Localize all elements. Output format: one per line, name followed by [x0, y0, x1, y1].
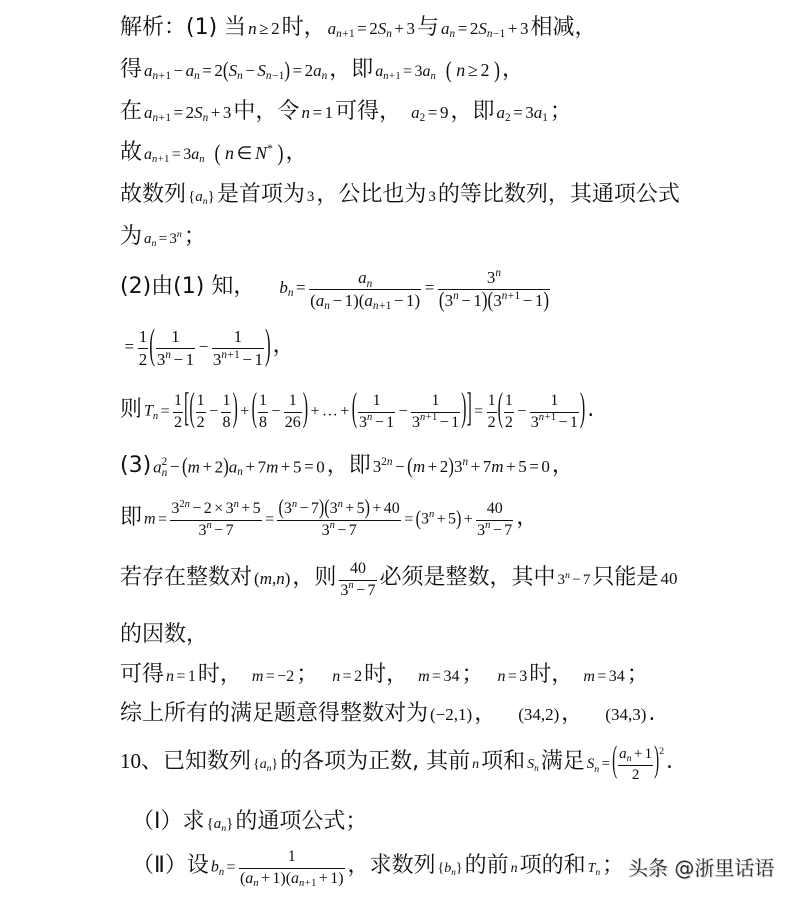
math-bn-definition: bn=1(an+1)(an+1+1) [209, 848, 348, 888]
math-equation: 32n−(m+2)3n+7m+5=0 [371, 457, 552, 477]
solution-line-12: 若存在整数对 (m,n) ，则 403n−7 必须是整数，其中 3n−7 只能是… [120, 548, 679, 612]
fraction: 32n−2×3n+53n−7 [170, 500, 261, 540]
fraction: 3n(3n−1)(3n+1−1) [438, 268, 550, 310]
problem-10-part-2: （Ⅱ）设 bn=1(an+1)(an+1+1) ，求数列 {bn} 的前 n 项… [132, 836, 624, 897]
text-segment: ， [273, 333, 295, 359]
solution-line-13: 的因数， [120, 615, 208, 655]
math-case-n: n=3 [495, 667, 529, 686]
text-segment: 在 [120, 99, 142, 125]
text-segment: ， [516, 505, 538, 531]
text-segment: 则 [120, 397, 142, 423]
text-segment: 的因数， [120, 622, 208, 648]
text-segment: 与 [417, 15, 439, 41]
math-sequence: {bn} [436, 861, 465, 878]
text-segment: 可得 [120, 662, 164, 688]
math-recurrence: an=2Sn−1+3 [439, 19, 530, 39]
fraction: an+12 [618, 746, 653, 784]
text-segment: 满足 [541, 749, 585, 775]
math-case-m: m=34 [581, 667, 626, 686]
fraction: 13n−1 [358, 392, 395, 432]
math-integer-pair: (34,3) [603, 705, 648, 725]
text-segment: 得 [120, 57, 142, 83]
solution-line-15: 综上所有的满足题意得整数对为 (−2,1) ， (34,2) ， (34,3) … [120, 694, 655, 734]
math-case-n: n=1 [164, 667, 198, 686]
fraction: 126 [284, 392, 302, 432]
solution-line-3: 在 an+1=2Sn+3 中，令 n=1 可得， a2=9 ，即 a2=3a1 … [120, 92, 572, 132]
math-general-term: an=3n [142, 230, 184, 248]
math-expression: 3n−7 [556, 571, 593, 589]
problem-number: 10 [120, 749, 141, 774]
math-value: 3 [305, 188, 317, 206]
solution-line-10: (3) a2n−(m+2)an+7m+5=0 ，即 32n−(m+2)3n+7m… [120, 446, 574, 486]
text-segment: 中，令 [233, 99, 299, 125]
text-segment: 是首项为 [217, 182, 305, 208]
fraction: an(an−1)(an+1−1) [309, 268, 421, 310]
text-segment: ，则 [292, 565, 336, 591]
math-m-formula: m=32n−2×3n+53n−7=(3n−7)(3n+5)+403n−7=(3n… [142, 500, 516, 540]
text-segment: ， [502, 57, 524, 83]
text-segment: ； [184, 224, 206, 250]
math-value: a2=3a1 [494, 103, 549, 123]
text-segment: ，即 [329, 57, 373, 83]
solution-line-7: (2)由(1) 知， bn=an(an−1)(an+1−1)=3n(3n−1)(… [120, 257, 553, 321]
fraction: 13n+1−1 [530, 392, 579, 432]
fraction: 18 [258, 392, 268, 432]
fraction: 1(an+1)(an+1+1) [239, 848, 345, 888]
text-segment: 的等比数列，其通项公式 [438, 182, 680, 208]
solution-line-8: =12(13n−1−13n+1−1) ， [120, 316, 295, 380]
math-case-n: n=2 [330, 667, 364, 686]
math-case-m: m=34 [416, 667, 461, 686]
fraction: (3n−7)(3n+5)+403n−7 [277, 500, 400, 540]
solution-line-2: 得 an+1−an=2(Sn−Sn−1)=2an ，即 an+1=3an ( n… [120, 50, 524, 90]
text-segment: 时， [364, 662, 408, 688]
text-segment: 的各项为正数, 其前 [280, 749, 470, 775]
fraction: 12 [173, 392, 183, 432]
math-sequence: {an} [205, 815, 236, 833]
fraction: 13n+1−1 [212, 327, 264, 369]
text-segment: 故数列 [120, 182, 186, 208]
text-segment: ； [602, 853, 624, 879]
solution-heading-text: (2)由(1) 知， [120, 274, 255, 300]
math-recurrence: an+1=2Sn+3 [142, 103, 233, 123]
text-segment: . [648, 701, 655, 727]
math-variable: Tn [586, 861, 602, 878]
text-segment: 故 [120, 140, 142, 166]
fraction: 18 [221, 392, 231, 432]
text-segment: 项和 [481, 749, 525, 775]
fraction: 13n+1−1 [411, 392, 460, 432]
math-telescoping-sum: Tn=12[(12−18)+(18−126)+…+(13n−1−13n+1−1)… [142, 392, 587, 432]
solution-line-1: 解析：(1) 当 n≥2 时， an+1=2Sn+3 与 an=2Sn−1+3 … [120, 8, 596, 48]
text-segment: . [666, 749, 673, 775]
math-condition: ( n≥2 ) [444, 60, 502, 82]
text-segment: 、已知数列 [141, 749, 251, 775]
math-integer-pair: (34,2) [516, 705, 561, 725]
text-segment: 的通项公式； [235, 809, 367, 835]
math-sequence: {an} [251, 757, 280, 774]
text-segment: . [587, 397, 594, 423]
text-segment: ，即 [327, 453, 371, 479]
text-segment: 可得， [335, 99, 401, 125]
math-recurrence: an+1=2Sn+3 [326, 19, 417, 39]
text-segment: ，即 [450, 99, 494, 125]
fraction: 403n−7 [339, 560, 376, 600]
text-segment: ，求数列 [348, 853, 436, 879]
math-ratio: an+1=3an [142, 145, 206, 164]
solution-line-4: 故 an+1=3an ( n∈N* ) ， [120, 133, 308, 173]
math-variable: n [509, 861, 520, 878]
text-segment: ， [285, 140, 307, 166]
text-segment: 只能是 [592, 565, 658, 591]
math-condition: n=1 [299, 103, 335, 123]
text-segment: 综上所有的满足题意得整数对为 [120, 701, 428, 727]
solution-line-5: 故数列 {an} 是首项为 3 ，公比也为 3 的等比数列，其通项公式 [120, 175, 680, 215]
fraction: 403n−7 [476, 500, 513, 540]
watermark: 头条 @浙里话语 [628, 855, 774, 881]
text-segment: 为 [120, 224, 142, 250]
math-fraction: 403n−7 [336, 560, 379, 600]
fraction: 12 [487, 392, 497, 432]
text-segment: ，公比也为 [316, 182, 426, 208]
text-segment: 相减， [530, 15, 596, 41]
fraction: 12 [504, 392, 514, 432]
math-difference: an+1−an=2(Sn−Sn−1)=2an [142, 61, 329, 81]
sub-question-label: （Ⅰ）求 [132, 809, 205, 835]
fraction: 12 [138, 327, 149, 369]
math-condition: ( n∈N* ) [212, 143, 285, 165]
text-segment: ； [461, 662, 483, 688]
math-partial-fraction: =12(13n−1−13n+1−1) [120, 327, 273, 369]
text-segment: ； [550, 99, 572, 125]
math-pair: (m,n) [252, 569, 292, 589]
sub-question-label: （Ⅱ）设 [132, 853, 209, 879]
math-case-m: m=−2 [250, 667, 296, 686]
math-equation: a2n−(m+2)an+7m+5=0 [151, 457, 327, 479]
text-segment: 的前 [465, 853, 509, 879]
math-value: 40 [658, 569, 679, 589]
solution-heading-text: (3) [120, 453, 151, 479]
text-segment: 时， [529, 662, 573, 688]
solution-line-14: 可得 n=1 时， m=−2 ； n=2 时， m=34 ； n=3 时， m=… [120, 655, 649, 695]
text-segment: ， [474, 701, 496, 727]
text-segment: 项的和 [520, 853, 586, 879]
solution-heading-text: 解析：(1) 当 [120, 15, 246, 41]
math-bn-formula: bn=an(an−1)(an+1−1)=3n(3n−1)(3n+1−1) [277, 268, 553, 310]
text-segment: 时， [282, 15, 326, 41]
math-ratio: an+1=3an [373, 62, 437, 81]
fraction: 12 [196, 392, 206, 432]
math-variable: n [470, 757, 481, 774]
math-variable: Sn [525, 757, 541, 774]
text-segment: ； [296, 662, 318, 688]
solution-line-11: 即 m=32n−2×3n+53n−7=(3n−7)(3n+5)+403n−7=(… [120, 488, 538, 552]
problem-10-statement: 10 、已知数列 {an} 的各项为正数, 其前 n 项和 Sn 满足 Sn=(… [120, 733, 673, 797]
math-value: a2=9 [409, 103, 450, 123]
math-condition: n≥2 [246, 19, 281, 39]
text-segment: 若存在整数对 [120, 565, 252, 591]
text-segment: 即 [120, 505, 142, 531]
fraction: 13n−1 [156, 327, 195, 369]
math-integer-pair: (−2,1) [428, 705, 474, 725]
math-sequence: {an} [186, 188, 217, 206]
text-segment: 必须是整数，其中 [380, 565, 556, 591]
text-segment: 时， [198, 662, 242, 688]
document-page: 解析：(1) 当 n≥2 时， an+1=2Sn+3 与 an=2Sn−1+3 … [0, 0, 793, 897]
text-segment: ， [561, 701, 583, 727]
solution-line-6: 为 an=3n ； [120, 217, 206, 257]
text-segment: ， [552, 453, 574, 479]
text-segment: ； [627, 662, 649, 688]
math-sn-condition: Sn=(an+12)2 [585, 746, 666, 784]
math-value: 3 [426, 188, 438, 206]
solution-line-9: 则 Tn=12[(12−18)+(18−126)+…+(13n−1−13n+1−… [120, 380, 594, 444]
